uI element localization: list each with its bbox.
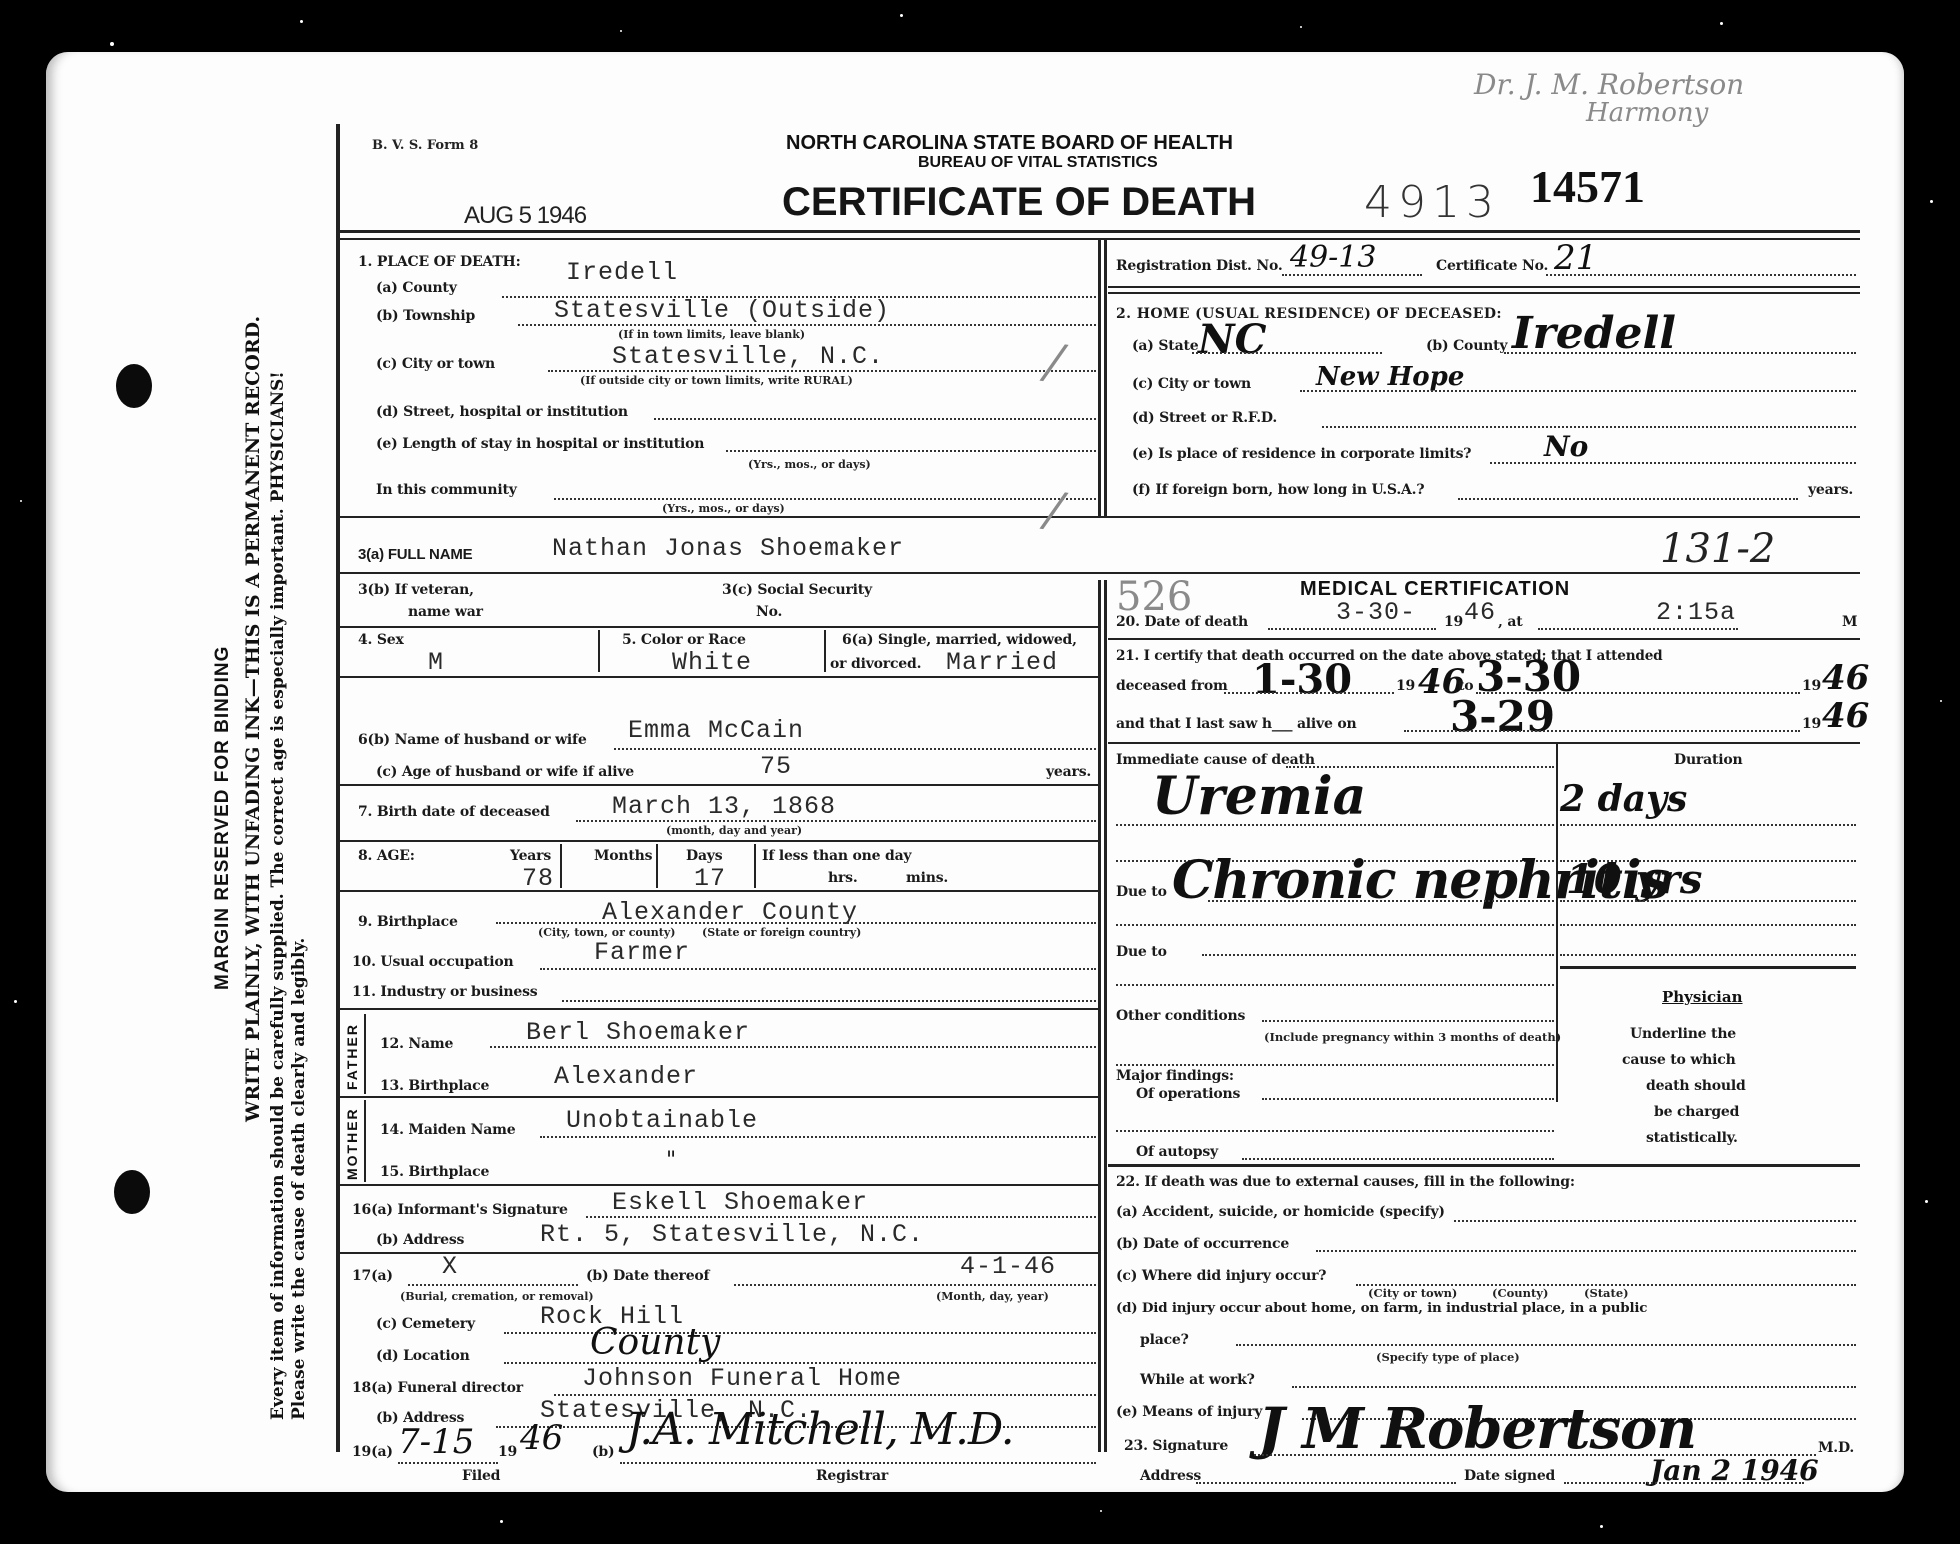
spouse-age: 75 [760, 752, 792, 781]
spouse-label: 6(b) Name of husband or wife [358, 732, 587, 748]
residence-state: NC [1198, 316, 1266, 363]
due-to-label-1: Due to [1116, 884, 1167, 900]
rule [726, 450, 1096, 453]
rule [1116, 924, 1554, 927]
rule [338, 784, 1098, 786]
rule [1538, 628, 1738, 631]
physician-title: Physician [1662, 988, 1743, 1006]
residence-county-label: (b) County [1426, 338, 1507, 354]
header-rule [338, 230, 1860, 233]
date-signed-label: Date signed [1464, 1468, 1555, 1484]
occupation-label: 10. Usual occupation [352, 954, 514, 970]
rule [554, 498, 1096, 501]
rule [408, 1284, 578, 1287]
rule [338, 890, 1098, 892]
death-year-prefix: 19 [1444, 614, 1463, 630]
cemetery-location: County [590, 1322, 720, 1363]
birth-date-label: 7. Birth date of deceased [358, 804, 550, 820]
due-to-duration-1: 10 yrs [1566, 856, 1702, 903]
residence-heading: 2. HOME (USUAL RESIDENCE) OF DECEASED: [1116, 306, 1502, 322]
certificate-no-label: Certificate No. [1436, 258, 1548, 274]
burial-method: X [442, 1252, 458, 1281]
rule [1108, 742, 1860, 744]
less-than-day-label: If less than one day [762, 848, 911, 864]
foreign-years-unit: years. [1808, 482, 1853, 498]
township-note: (If in town limits, leave blank) [618, 328, 805, 341]
rule [620, 1462, 1096, 1465]
agency-title: NORTH CAROLINA STATE BOARD OF HEALTH [786, 132, 1233, 155]
filed-year: 46 [520, 1418, 563, 1458]
cemetery-location-label: (d) Location [376, 1348, 470, 1364]
physician-address-label: Address [1140, 1468, 1201, 1484]
punch-hole-top [116, 364, 152, 408]
to-year: 46 [1822, 658, 1869, 698]
physician-note-3: death should [1646, 1078, 1746, 1094]
handwritten-number: 4913 [1364, 177, 1500, 228]
rule [1316, 1250, 1856, 1253]
rule [338, 572, 1860, 574]
corporate-limits: No [1544, 430, 1588, 463]
rule [548, 370, 1096, 373]
rule [1208, 900, 1554, 903]
father-name: Berl Shoemaker [526, 1018, 750, 1047]
residence-street-label: (d) Street or R.F.D. [1132, 410, 1277, 426]
rule [562, 1000, 1096, 1003]
residence-state-label: (a) State [1132, 338, 1198, 354]
autopsy-label: Of autopsy [1136, 1144, 1218, 1160]
funeral-director-label: 18(a) Funeral director [352, 1380, 523, 1396]
physician-note-4: be charged [1654, 1104, 1739, 1120]
days-label: Days [686, 848, 722, 864]
rule [398, 1462, 498, 1465]
age-years: 78 [522, 864, 554, 893]
burial-method-label: 17(a) [352, 1268, 393, 1284]
rule [1268, 628, 1436, 631]
form-id: B. V. S. Form 8 [372, 138, 478, 153]
rule [1282, 274, 1422, 277]
external-d-label-2: place? [1140, 1332, 1189, 1348]
rule [1560, 954, 1856, 957]
physician-note-1: Underline the [1630, 1026, 1736, 1042]
informant-address-label: (b) Address [376, 1232, 464, 1248]
rule [518, 324, 1096, 327]
rule [1108, 1164, 1860, 1167]
bureau-title: BUREAU OF VITAL STATISTICS [918, 154, 1158, 172]
rule [1116, 824, 1554, 827]
external-d-label: (d) Did injury occur about home, on farm… [1116, 1300, 1647, 1316]
margin-instruction-1: Every item of information should be care… [268, 371, 288, 1420]
ssn-label-1: 3(c) Social Security [722, 582, 872, 598]
rule [1564, 1482, 1804, 1485]
occupation: Farmer [594, 938, 690, 967]
external-heading: 22. If death was due to external causes,… [1116, 1174, 1575, 1190]
signature-label: 23. Signature [1124, 1438, 1228, 1454]
stay-label: (e) Length of stay in hospital or instit… [376, 436, 704, 452]
age-days: 17 [694, 864, 726, 893]
burial-date: 4-1-46 [960, 1252, 1056, 1281]
mother-birthplace-label: 15. Birthplace [380, 1164, 489, 1180]
rule [1202, 954, 1554, 957]
rule [1458, 498, 1798, 501]
major-findings-label: Major findings: [1116, 1068, 1234, 1084]
stay-note: (Yrs., mos., or days) [748, 458, 871, 471]
birthplace-label: 9. Birthplace [358, 914, 458, 930]
last-saw-label: and that I last saw h___ alive on [1116, 716, 1356, 732]
rule [338, 626, 1098, 628]
funeral-director: Johnson Funeral Home [582, 1364, 902, 1393]
rule [1224, 692, 1394, 695]
immediate-duration: 2 days [1560, 778, 1687, 820]
community-note: (Yrs., mos., or days) [662, 502, 785, 515]
death-certificate: MARGIN RESERVED FOR BINDING WRITE PLAINL… [46, 52, 1904, 1492]
rule [586, 1216, 1096, 1219]
veteran-label-2: name war [408, 604, 483, 620]
rule [1560, 924, 1856, 927]
death-at-label: , at [1498, 614, 1523, 630]
registrar-prefix: (b) [592, 1444, 614, 1460]
mother-birthplace: " [666, 1148, 676, 1173]
father-name-label: 12. Name [380, 1036, 453, 1052]
pencil-code-131: 131-2 [1660, 526, 1775, 572]
rule [540, 968, 1096, 971]
rule [1192, 352, 1382, 355]
foreign-born-label: (f) If foreign born, how long in U.S.A.? [1132, 482, 1424, 498]
death-city-label: (c) City or town [376, 356, 495, 372]
rule [496, 922, 1096, 925]
margin-binding-text: MARGIN RESERVED FOR BINDING [212, 646, 234, 990]
rule [338, 1096, 1098, 1098]
birth-date: March 13, 1868 [612, 792, 836, 821]
industry-label: 11. Industry or business [352, 984, 537, 1000]
pencil-note-physician: Dr. J. M. Robertson [1474, 68, 1744, 101]
external-a-label: (a) Accident, suicide, or homicide (spec… [1116, 1204, 1445, 1220]
rule [1454, 1220, 1856, 1223]
city-note: (If outside city or town limits, write R… [580, 374, 853, 387]
birth-date-note: (month, day and year) [666, 824, 802, 837]
certificate-title: CERTIFICATE OF DEATH [782, 180, 1256, 225]
divider [656, 844, 658, 888]
margin-write-plainly: WRITE PLAINLY, WITH UNFADING INK—THIS IS… [242, 316, 264, 1122]
rule [338, 516, 1860, 518]
filed-prefix: 19(a) [352, 1444, 393, 1460]
death-date-label: 20. Date of death [1116, 614, 1248, 630]
divider [598, 630, 600, 672]
spouse-age-label: (c) Age of husband or wife if alive [376, 764, 634, 780]
external-b-label: (b) Date of occurrence [1116, 1236, 1289, 1252]
death-township: Statesville (Outside) [554, 296, 890, 325]
birthplace-note-2: (State or foreign country) [702, 926, 861, 939]
sex-label: 4. Sex [358, 632, 404, 648]
ssn-label-2: No. [756, 604, 782, 620]
rule [1116, 984, 1554, 987]
column-divider-bottom-2 [1104, 580, 1107, 1452]
marital-label-1: 6(a) Single, married, widowed, [842, 632, 1077, 648]
signature-md: M.D. [1818, 1440, 1854, 1456]
informant-label: 16(a) Informant's Signature [352, 1202, 568, 1218]
years-label: Years [510, 848, 551, 864]
mother-name-label: 14. Maiden Name [380, 1122, 515, 1138]
divider [754, 844, 756, 888]
other-conditions-note: (Include pregnancy within 3 months of de… [1264, 1030, 1561, 1044]
burial-date-note: (Month, day, year) [936, 1290, 1049, 1303]
death-date: 3-30- [1336, 598, 1416, 627]
column-divider-top-2 [1104, 238, 1107, 516]
rule [654, 418, 1096, 421]
rule [1242, 1158, 1554, 1161]
physician-note-5: statistically. [1646, 1130, 1738, 1146]
from-year-prefix: 19 [1396, 678, 1415, 694]
residence-city: New Hope [1316, 362, 1464, 392]
rule [540, 1136, 1096, 1139]
attended-from: 1-30 [1252, 656, 1352, 703]
rule [338, 1184, 1098, 1186]
death-city: Statesville, N.C. [612, 342, 884, 371]
mother-side-label: MOTHER [344, 1107, 360, 1180]
divider [364, 1014, 366, 1094]
father-side-label: FATHER [344, 1023, 360, 1090]
rule [490, 1046, 1096, 1049]
rule [338, 676, 1098, 678]
father-birthplace-label: 13. Birthplace [380, 1078, 489, 1094]
full-name: Nathan Jonas Shoemaker [552, 534, 904, 563]
mins-label: mins. [906, 870, 948, 886]
column-divider-bottom [1098, 580, 1101, 1452]
last-year: 46 [1822, 696, 1869, 736]
rule [1236, 1344, 1856, 1347]
rule [1292, 1386, 1856, 1389]
means-of-injury-label: (e) Means of injury [1116, 1404, 1262, 1420]
margin-instruction-2: Please write the cause of death clearly … [289, 938, 309, 1420]
duration-divider [1556, 742, 1558, 1102]
immediate-cause: Uremia [1152, 766, 1366, 827]
rule [338, 840, 1098, 842]
divider [364, 1100, 366, 1182]
last-year-prefix: 19 [1802, 716, 1821, 732]
sex: M [428, 648, 444, 677]
while-at-work-label: While at work? [1140, 1372, 1255, 1388]
rule [1560, 900, 1856, 903]
spouse-age-unit: years. [1046, 764, 1091, 780]
pencil-note-town: Harmony [1586, 98, 1708, 128]
full-name-label: 3(a) FULL NAME [358, 546, 472, 563]
filed-label: Filed [462, 1468, 500, 1484]
rule [614, 748, 1096, 751]
death-year: 46 [1464, 598, 1496, 627]
corporate-limits-label: (e) Is place of residence in corporate l… [1132, 446, 1471, 462]
informant-address: Rt. 5, Statesville, N.C. [540, 1220, 924, 1249]
certificate-no: 21 [1554, 238, 1597, 278]
to-year-prefix: 19 [1802, 678, 1821, 694]
rule [1404, 730, 1800, 733]
race: White [672, 648, 752, 677]
death-street-label: (d) Street, hospital or institution [376, 404, 628, 420]
rule [1196, 1482, 1456, 1485]
received-stamp: AUG 5 1946 [464, 202, 586, 230]
last-saw-date: 3-29 [1450, 692, 1555, 741]
rule [1322, 426, 1856, 429]
rule [1262, 1098, 1554, 1101]
rule [1546, 274, 1856, 277]
physician-signature: J M Robertson [1258, 1396, 1696, 1462]
due-to-label-2: Due to [1116, 944, 1167, 960]
rule [1300, 390, 1856, 393]
residence-city-label: (c) City or town [1132, 376, 1251, 392]
filed-year-prefix: 19 [498, 1444, 517, 1460]
hrs-label: hrs. [828, 870, 858, 886]
punch-hole-bottom [114, 1170, 150, 1214]
file-number: 14571 [1530, 160, 1645, 213]
attended-from-label: deceased from [1116, 678, 1228, 694]
father-birthplace: Alexander [554, 1062, 698, 1091]
rule [1108, 638, 1860, 640]
death-time-suffix: M [1842, 614, 1857, 630]
registration-dist-label: Registration Dist. No. [1116, 258, 1283, 274]
rule [576, 820, 1096, 823]
months-label: Months [594, 848, 652, 864]
divider [560, 844, 562, 888]
registrar-signature: J.A. Mitchell, M.D. [626, 1404, 1014, 1455]
community-label: In this community [376, 482, 517, 498]
duration-label: Duration [1674, 752, 1742, 768]
other-conditions-label: Other conditions [1116, 1008, 1245, 1024]
death-township-label: (b) Township [376, 308, 475, 324]
spouse-name: Emma McCain [628, 716, 804, 745]
informant-signature: Eskell Shoemaker [612, 1188, 868, 1217]
operations-label: Of operations [1136, 1086, 1240, 1102]
divider [824, 630, 826, 672]
place-of-death-heading: 1. PLACE OF DEATH: [358, 254, 521, 270]
rule [1560, 966, 1856, 969]
rule [1116, 1064, 1554, 1067]
rule [734, 1284, 1096, 1287]
rule [1116, 1130, 1554, 1133]
race-label: 5. Color or Race [622, 632, 746, 648]
registrar-label: Registrar [816, 1468, 888, 1484]
age-label: 8. AGE: [358, 848, 415, 864]
column-divider-top [1098, 238, 1101, 516]
rule [1504, 352, 1856, 355]
rule [1262, 1020, 1554, 1023]
veteran-label-1: 3(b) If veteran, [358, 582, 474, 598]
marital-status: Married [946, 648, 1058, 677]
rule [1490, 462, 1856, 465]
pencil-mark: / [1042, 481, 1066, 539]
external-d-note: (Specify type of place) [1376, 1350, 1520, 1364]
death-county: Iredell [566, 258, 678, 287]
pencil-mark: / [1042, 333, 1066, 391]
rule [1108, 286, 1860, 288]
cemetery-label: (c) Cemetery [376, 1316, 475, 1332]
external-c-note-county: (County) [1492, 1286, 1548, 1300]
filed-date: 7-15 [398, 1422, 474, 1462]
death-county-label: (a) County [376, 280, 457, 296]
external-c-label: (c) Where did injury occur? [1116, 1268, 1326, 1284]
external-c-note-city: (City or town) [1368, 1286, 1457, 1300]
rule [1108, 292, 1860, 294]
burial-date-label: (b) Date thereof [586, 1268, 709, 1284]
death-time: 2:15a [1656, 598, 1736, 627]
mother-maiden-name: Unobtainable [566, 1106, 758, 1135]
registration-dist-no: 49-13 [1290, 240, 1376, 275]
physician-note-2: cause to which [1622, 1052, 1736, 1068]
marital-label-2: or divorced. [830, 656, 921, 672]
external-c-note-state: (State) [1584, 1286, 1629, 1300]
rule [338, 1008, 1098, 1010]
rule [1560, 824, 1856, 827]
